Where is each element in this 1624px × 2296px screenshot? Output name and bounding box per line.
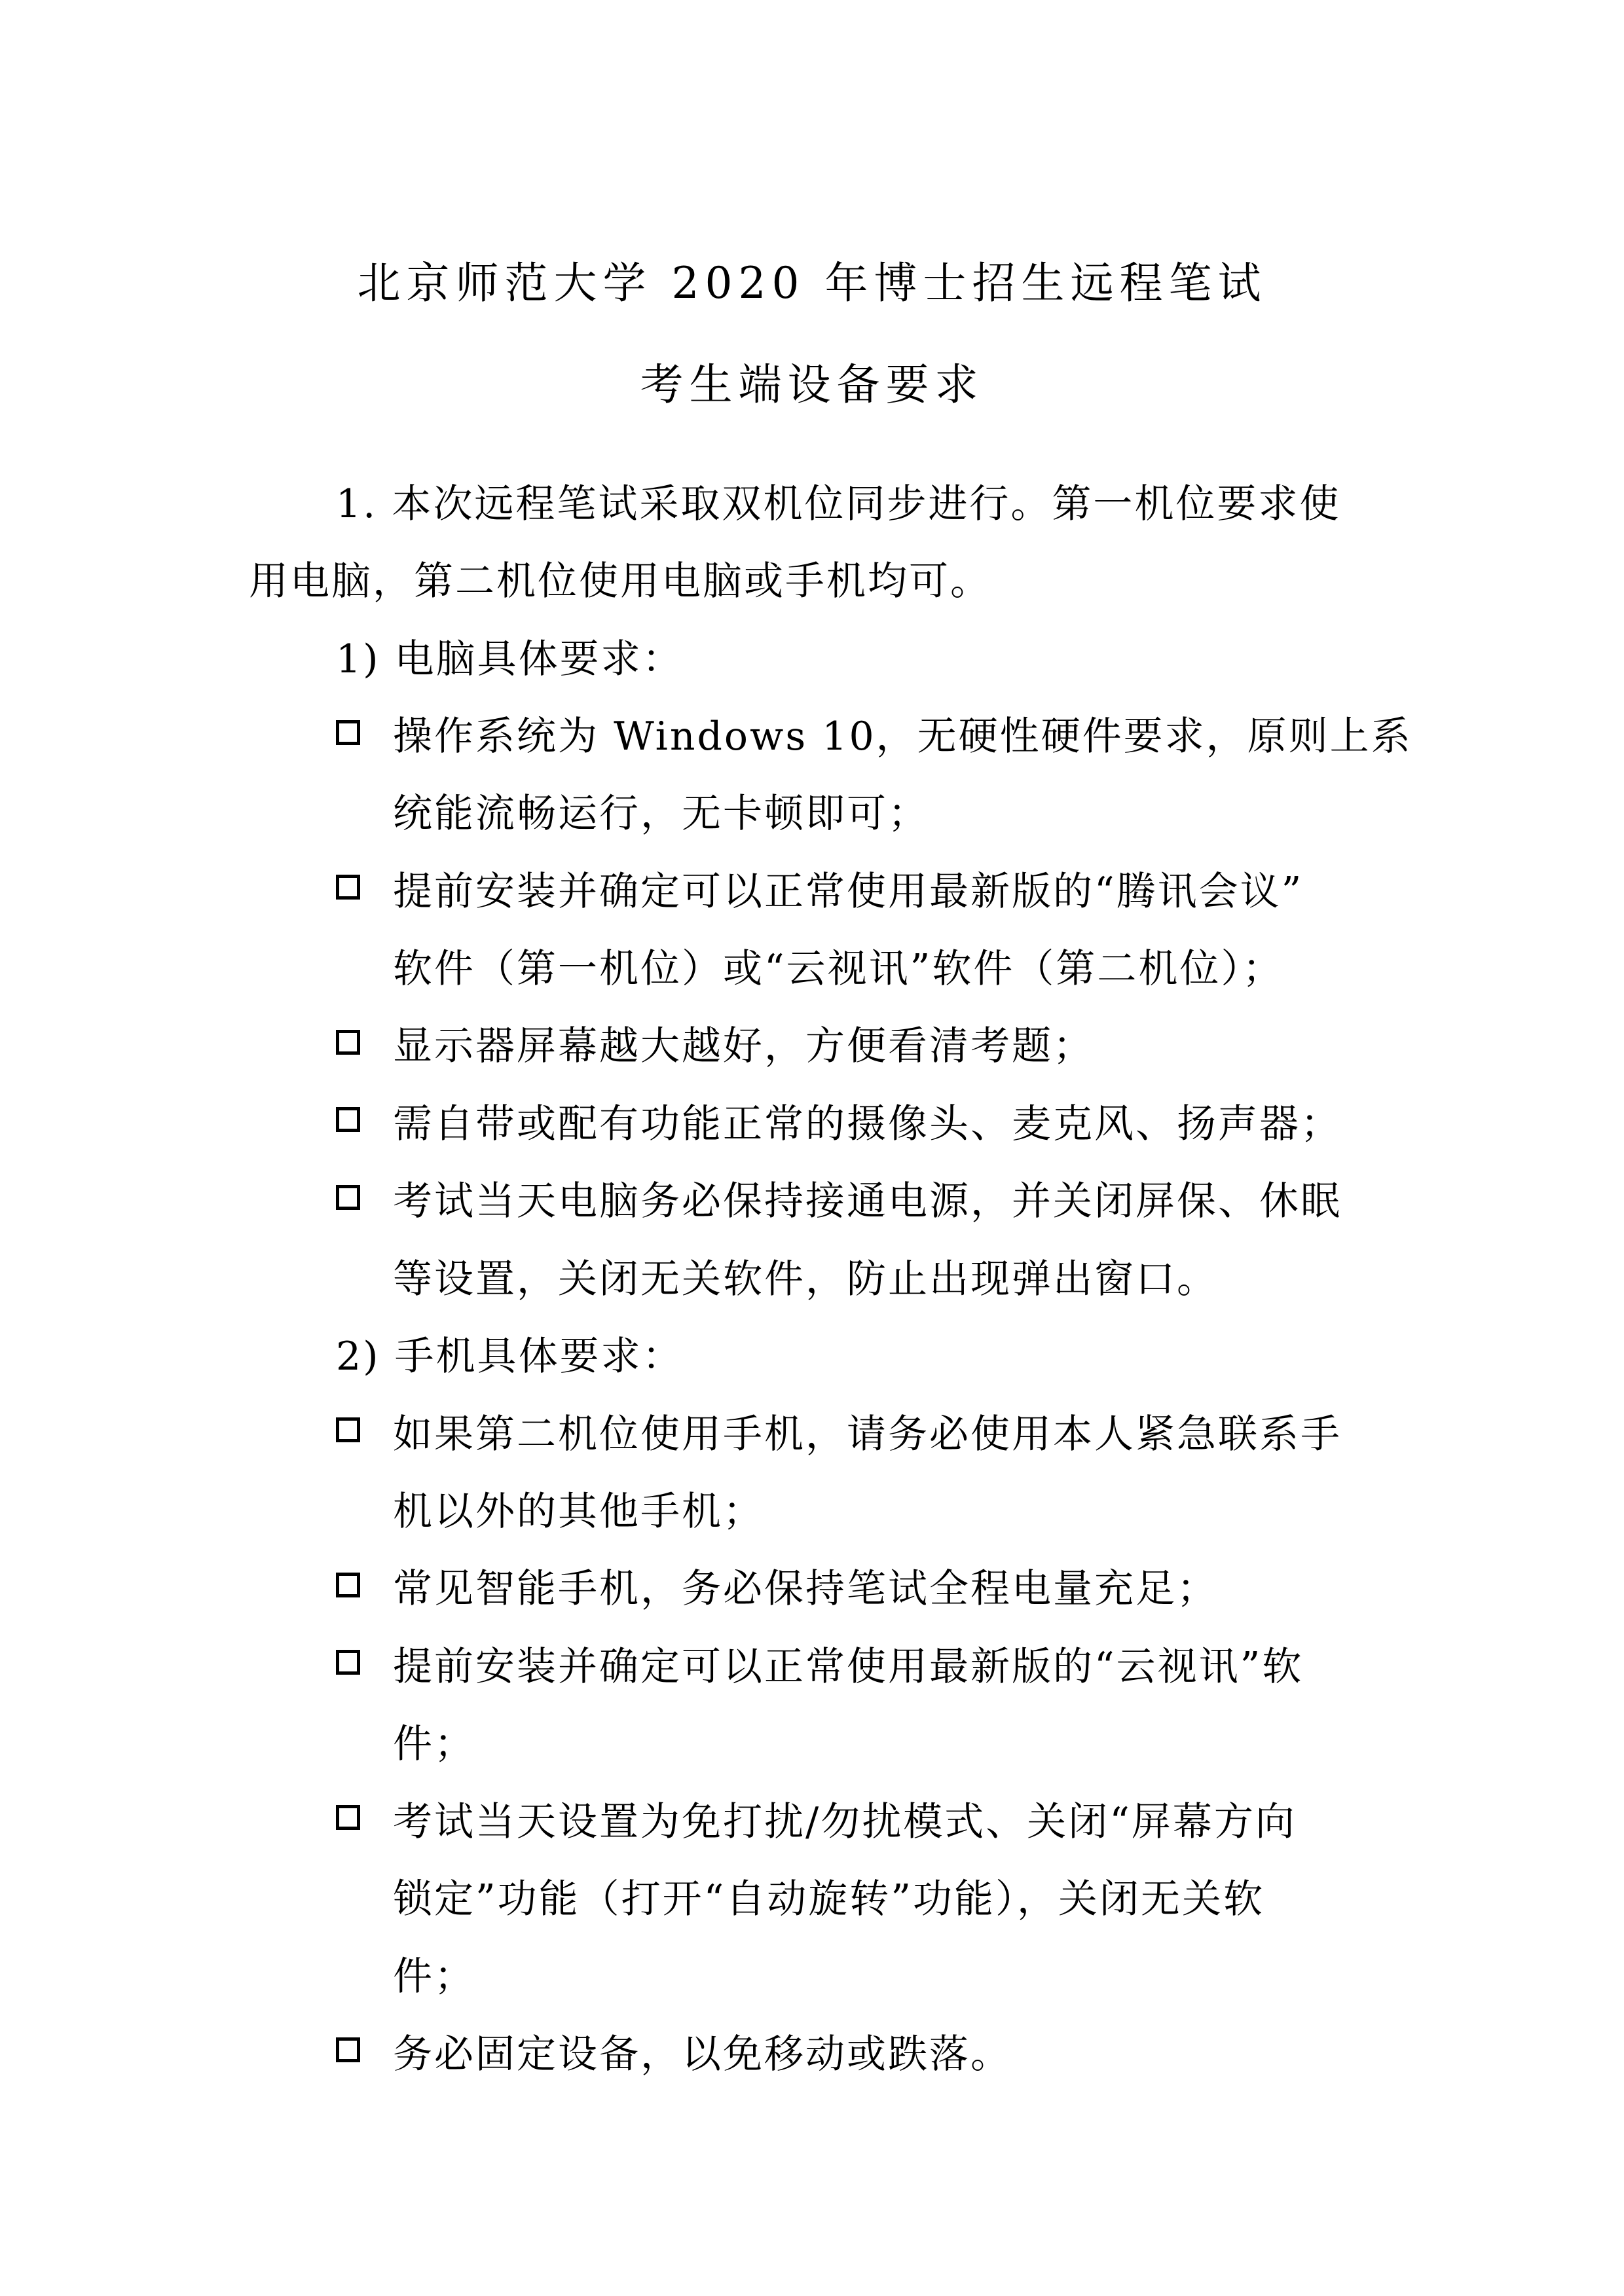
item-text-line: 务必固定设备，以免移动或跌落。 xyxy=(393,2025,1012,2084)
item-text-line: 常见智能手机，务必保持笔试全程电量充足； xyxy=(393,1559,1218,1618)
item-text-line: 显示器屏幕越大越好，方便看清考题； xyxy=(393,1017,1094,1076)
checkbox-bullet-icon xyxy=(336,720,360,745)
intro-paragraph-line: 1. 本次远程笔试采取双机位同步进行。第一机位要求使 xyxy=(336,475,1340,534)
item-text-line: 提前安装并确定可以正常使用最新版的“云视讯”软 xyxy=(393,1637,1303,1696)
checkbox-bullet-icon xyxy=(336,1650,360,1675)
item-text-line: 软件（第一机位）或“云视讯”软件（第二机位）； xyxy=(393,939,1283,998)
item-text-line: 机以外的其他手机； xyxy=(393,1482,764,1541)
checkbox-bullet-icon xyxy=(336,1107,360,1132)
item-text-line: 件； xyxy=(393,1715,475,1774)
item-text-line: 如果第二机位使用手机，请务必使用本人紧急联系手 xyxy=(393,1405,1342,1464)
page-subtitle: 考生端设备要求 xyxy=(0,355,1624,414)
item-text-line: 锁定”功能（打开“自动旋转”功能），关闭无关软 xyxy=(393,1870,1264,1929)
item-text-line: 需自带或配有功能正常的摄像头、麦克风、扬声器； xyxy=(393,1095,1342,1154)
checkbox-bullet-icon xyxy=(336,1573,360,1597)
item-text-line: 考试当天电脑务必保持接通电源，并关闭屏保、休眠 xyxy=(393,1172,1342,1231)
page-title: 北京师范大学 2020 年博士招生远程笔试 xyxy=(0,254,1624,313)
intro-paragraph-line: 用电脑，第二机位使用电脑或手机均可。 xyxy=(249,552,991,611)
item-text-line: 考试当天设置为免打扰/勿扰模式、关闭“屏幕方向 xyxy=(393,1793,1297,1851)
checkbox-bullet-icon xyxy=(336,1185,360,1210)
item-text-line: 件； xyxy=(393,1947,475,2006)
checkbox-bullet-icon xyxy=(336,1805,360,1830)
checkbox-bullet-icon xyxy=(336,1417,360,1442)
checkbox-bullet-icon xyxy=(336,2037,360,2062)
checkbox-bullet-icon xyxy=(336,1030,360,1055)
document-page: 北京师范大学 2020 年博士招生远程笔试 考生端设备要求 1. 本次远程笔试采… xyxy=(0,0,1624,2296)
item-text-line: 统能流畅运行，无卡顿即可； xyxy=(393,784,929,843)
phone-requirements-heading: 2) 手机具体要求： xyxy=(336,1327,684,1386)
checkbox-bullet-icon xyxy=(336,875,360,900)
computer-requirements-heading: 1) 电脑具体要求： xyxy=(336,630,684,689)
item-text-line: 操作系统为 Windows 10，无硬性硬件要求，原则上系 xyxy=(393,707,1412,766)
item-text-line: 等设置，关闭无关软件，防止出现弹出窗口。 xyxy=(393,1250,1218,1309)
item-text-line: 提前安装并确定可以正常使用最新版的“腾讯会议” xyxy=(393,862,1303,921)
